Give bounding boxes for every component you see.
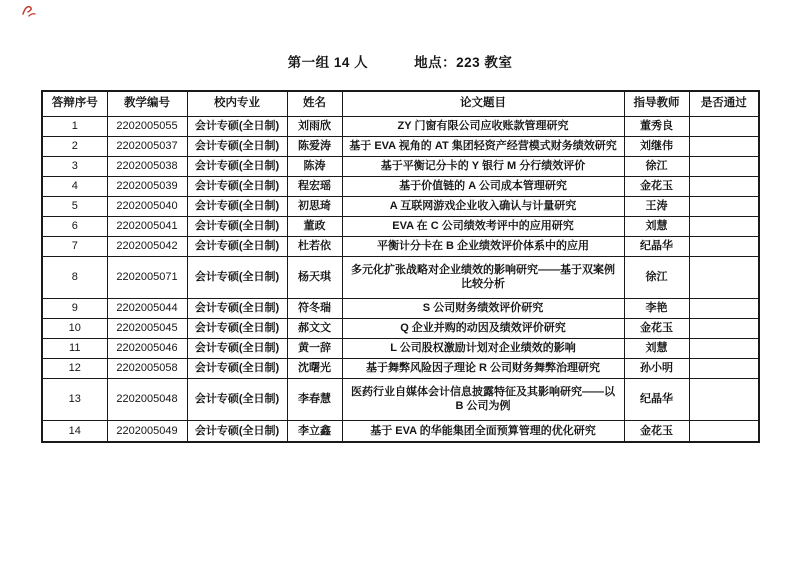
table-row: 82202005071会计专硕(全日制)杨天琪多元化扩张战略对企业绩效的影响研究… — [42, 256, 759, 298]
cell-major: 会计专硕(全日制) — [187, 236, 287, 256]
cell-name: 刘雨欣 — [287, 116, 342, 136]
cell-id: 2202005039 — [107, 176, 187, 196]
cell-pass — [689, 116, 759, 136]
cell-no: 9 — [42, 298, 107, 318]
cell-no: 3 — [42, 156, 107, 176]
cell-advisor: 纪晶华 — [624, 378, 689, 420]
cell-name: 杜若依 — [287, 236, 342, 256]
cell-id: 2202005044 — [107, 298, 187, 318]
cell-advisor: 徐江 — [624, 256, 689, 298]
cell-title: 基于舞弊风险因子理论 R 公司财务舞弊治理研究 — [342, 358, 624, 378]
column-header-4: 论文题目 — [342, 91, 624, 116]
cell-id: 2202005049 — [107, 420, 187, 442]
column-header-5: 指导教师 — [624, 91, 689, 116]
cell-pass — [689, 176, 759, 196]
cell-major: 会计专硕(全日制) — [187, 318, 287, 338]
cell-pass — [689, 318, 759, 338]
cell-no: 11 — [42, 338, 107, 358]
cell-id: 2202005048 — [107, 378, 187, 420]
cell-title: 基于 EVA 的华能集团全面预算管理的优化研究 — [342, 420, 624, 442]
cell-name: 陈涛 — [287, 156, 342, 176]
column-header-3: 姓名 — [287, 91, 342, 116]
cell-no: 4 — [42, 176, 107, 196]
cell-name: 郝文文 — [287, 318, 342, 338]
cell-name: 李立鑫 — [287, 420, 342, 442]
cell-id: 2202005045 — [107, 318, 187, 338]
location-label: 地点：223 教室 — [414, 55, 512, 70]
cell-pass — [689, 256, 759, 298]
cell-id: 2202005038 — [107, 156, 187, 176]
cell-id: 2202005037 — [107, 136, 187, 156]
cell-pass — [689, 216, 759, 236]
cell-pass — [689, 136, 759, 156]
table-row: 72202005042会计专硕(全日制)杜若依平衡计分卡在 B 企业绩效评价体系… — [42, 236, 759, 256]
cell-id: 2202005040 — [107, 196, 187, 216]
table-row: 22202005037会计专硕(全日制)陈爱涛基于 EVA 视角的 AT 集团轻… — [42, 136, 759, 156]
cell-no: 2 — [42, 136, 107, 156]
cell-name: 李春慧 — [287, 378, 342, 420]
cell-no: 10 — [42, 318, 107, 338]
cell-advisor: 李艳 — [624, 298, 689, 318]
cell-title: L 公司股权激励计划对企业绩效的影响 — [342, 338, 624, 358]
cell-advisor: 孙小明 — [624, 358, 689, 378]
cell-title: Q 企业并购的动因及绩效评价研究 — [342, 318, 624, 338]
cell-name: 杨天琪 — [287, 256, 342, 298]
cell-pass — [689, 236, 759, 256]
cell-id: 2202005042 — [107, 236, 187, 256]
cell-no: 14 — [42, 420, 107, 442]
cell-no: 1 — [42, 116, 107, 136]
cell-id: 2202005058 — [107, 358, 187, 378]
red-pen-annotation-icon — [20, 3, 38, 19]
cell-advisor: 刘慧 — [624, 338, 689, 358]
cell-major: 会计专硕(全日制) — [187, 358, 287, 378]
cell-pass — [689, 378, 759, 420]
cell-major: 会计专硕(全日制) — [187, 378, 287, 420]
cell-pass — [689, 358, 759, 378]
cell-no: 13 — [42, 378, 107, 420]
defense-schedule-table: 答辩序号教学编号校内专业姓名论文题目指导教师是否通过 12202005055会计… — [41, 90, 760, 443]
table-body: 12202005055会计专硕(全日制)刘雨欣ZY 门窗有限公司应收账款管理研究… — [42, 116, 759, 442]
cell-advisor: 金花玉 — [624, 420, 689, 442]
cell-advisor: 刘慧 — [624, 216, 689, 236]
cell-id: 2202005055 — [107, 116, 187, 136]
cell-advisor: 金花玉 — [624, 176, 689, 196]
header-row: 答辩序号教学编号校内专业姓名论文题目指导教师是否通过 — [42, 91, 759, 116]
cell-major: 会计专硕(全日制) — [187, 176, 287, 196]
cell-no: 6 — [42, 216, 107, 236]
cell-pass — [689, 156, 759, 176]
cell-title: 医药行业自媒体会计信息披露特征及其影响研究——以 B 公司为例 — [342, 378, 624, 420]
cell-title: S 公司财务绩效评价研究 — [342, 298, 624, 318]
cell-no: 7 — [42, 236, 107, 256]
cell-title: A 互联网游戏企业收入确认与计量研究 — [342, 196, 624, 216]
cell-pass — [689, 338, 759, 358]
cell-major: 会计专硕(全日制) — [187, 216, 287, 236]
cell-name: 初思琦 — [287, 196, 342, 216]
column-header-6: 是否通过 — [689, 91, 759, 116]
cell-title: 基于 EVA 视角的 AT 集团轻资产经营模式财务绩效研究 — [342, 136, 624, 156]
cell-name: 程宏瑶 — [287, 176, 342, 196]
cell-id: 2202005071 — [107, 256, 187, 298]
cell-id: 2202005046 — [107, 338, 187, 358]
group-label: 第一组 14 人 — [288, 55, 369, 70]
cell-major: 会计专硕(全日制) — [187, 256, 287, 298]
cell-advisor: 徐江 — [624, 156, 689, 176]
cell-major: 会计专硕(全日制) — [187, 196, 287, 216]
cell-name: 沈曙光 — [287, 358, 342, 378]
cell-advisor: 纪晶华 — [624, 236, 689, 256]
cell-major: 会计专硕(全日制) — [187, 116, 287, 136]
column-header-0: 答辩序号 — [42, 91, 107, 116]
cell-no: 5 — [42, 196, 107, 216]
table-row: 62202005041会计专硕(全日制)董政EVA 在 C 公司绩效考评中的应用… — [42, 216, 759, 236]
cell-name: 董政 — [287, 216, 342, 236]
table-row: 132202005048会计专硕(全日制)李春慧医药行业自媒体会计信息披露特征及… — [42, 378, 759, 420]
cell-pass — [689, 298, 759, 318]
cell-major: 会计专硕(全日制) — [187, 156, 287, 176]
cell-title: ZY 门窗有限公司应收账款管理研究 — [342, 116, 624, 136]
cell-id: 2202005041 — [107, 216, 187, 236]
cell-title: 基于平衡记分卡的 Y 银行 M 分行绩效评价 — [342, 156, 624, 176]
table-row: 52202005040会计专硕(全日制)初思琦A 互联网游戏企业收入确认与计量研… — [42, 196, 759, 216]
table-row: 12202005055会计专硕(全日制)刘雨欣ZY 门窗有限公司应收账款管理研究… — [42, 116, 759, 136]
cell-name: 符冬瑞 — [287, 298, 342, 318]
cell-advisor: 王涛 — [624, 196, 689, 216]
cell-major: 会计专硕(全日制) — [187, 136, 287, 156]
table-row: 92202005044会计专硕(全日制)符冬瑞S 公司财务绩效评价研究李艳 — [42, 298, 759, 318]
table-row: 42202005039会计专硕(全日制)程宏瑶基于价值链的 A 公司成本管理研究… — [42, 176, 759, 196]
cell-title: 多元化扩张战略对企业绩效的影响研究——基于双案例比较分析 — [342, 256, 624, 298]
cell-title: EVA 在 C 公司绩效考评中的应用研究 — [342, 216, 624, 236]
cell-pass — [689, 420, 759, 442]
column-header-1: 教学编号 — [107, 91, 187, 116]
page-title: 第一组 14 人地点：223 教室 — [0, 51, 800, 71]
cell-advisor: 董秀良 — [624, 116, 689, 136]
cell-title: 平衡计分卡在 B 企业绩效评价体系中的应用 — [342, 236, 624, 256]
table-row: 32202005038会计专硕(全日制)陈涛基于平衡记分卡的 Y 银行 M 分行… — [42, 156, 759, 176]
cell-title: 基于价值链的 A 公司成本管理研究 — [342, 176, 624, 196]
cell-advisor: 刘继伟 — [624, 136, 689, 156]
table-row: 102202005045会计专硕(全日制)郝文文Q 企业并购的动因及绩效评价研究… — [42, 318, 759, 338]
table-row: 142202005049会计专硕(全日制)李立鑫基于 EVA 的华能集团全面预算… — [42, 420, 759, 442]
cell-no: 12 — [42, 358, 107, 378]
table-row: 112202005046会计专硕(全日制)黄一辞L 公司股权激励计划对企业绩效的… — [42, 338, 759, 358]
cell-no: 8 — [42, 256, 107, 298]
cell-advisor: 金花玉 — [624, 318, 689, 338]
table-row: 122202005058会计专硕(全日制)沈曙光基于舞弊风险因子理论 R 公司财… — [42, 358, 759, 378]
cell-name: 陈爱涛 — [287, 136, 342, 156]
cell-major: 会计专硕(全日制) — [187, 420, 287, 442]
cell-major: 会计专硕(全日制) — [187, 338, 287, 358]
cell-major: 会计专硕(全日制) — [187, 298, 287, 318]
column-header-2: 校内专业 — [187, 91, 287, 116]
cell-pass — [689, 196, 759, 216]
cell-name: 黄一辞 — [287, 338, 342, 358]
